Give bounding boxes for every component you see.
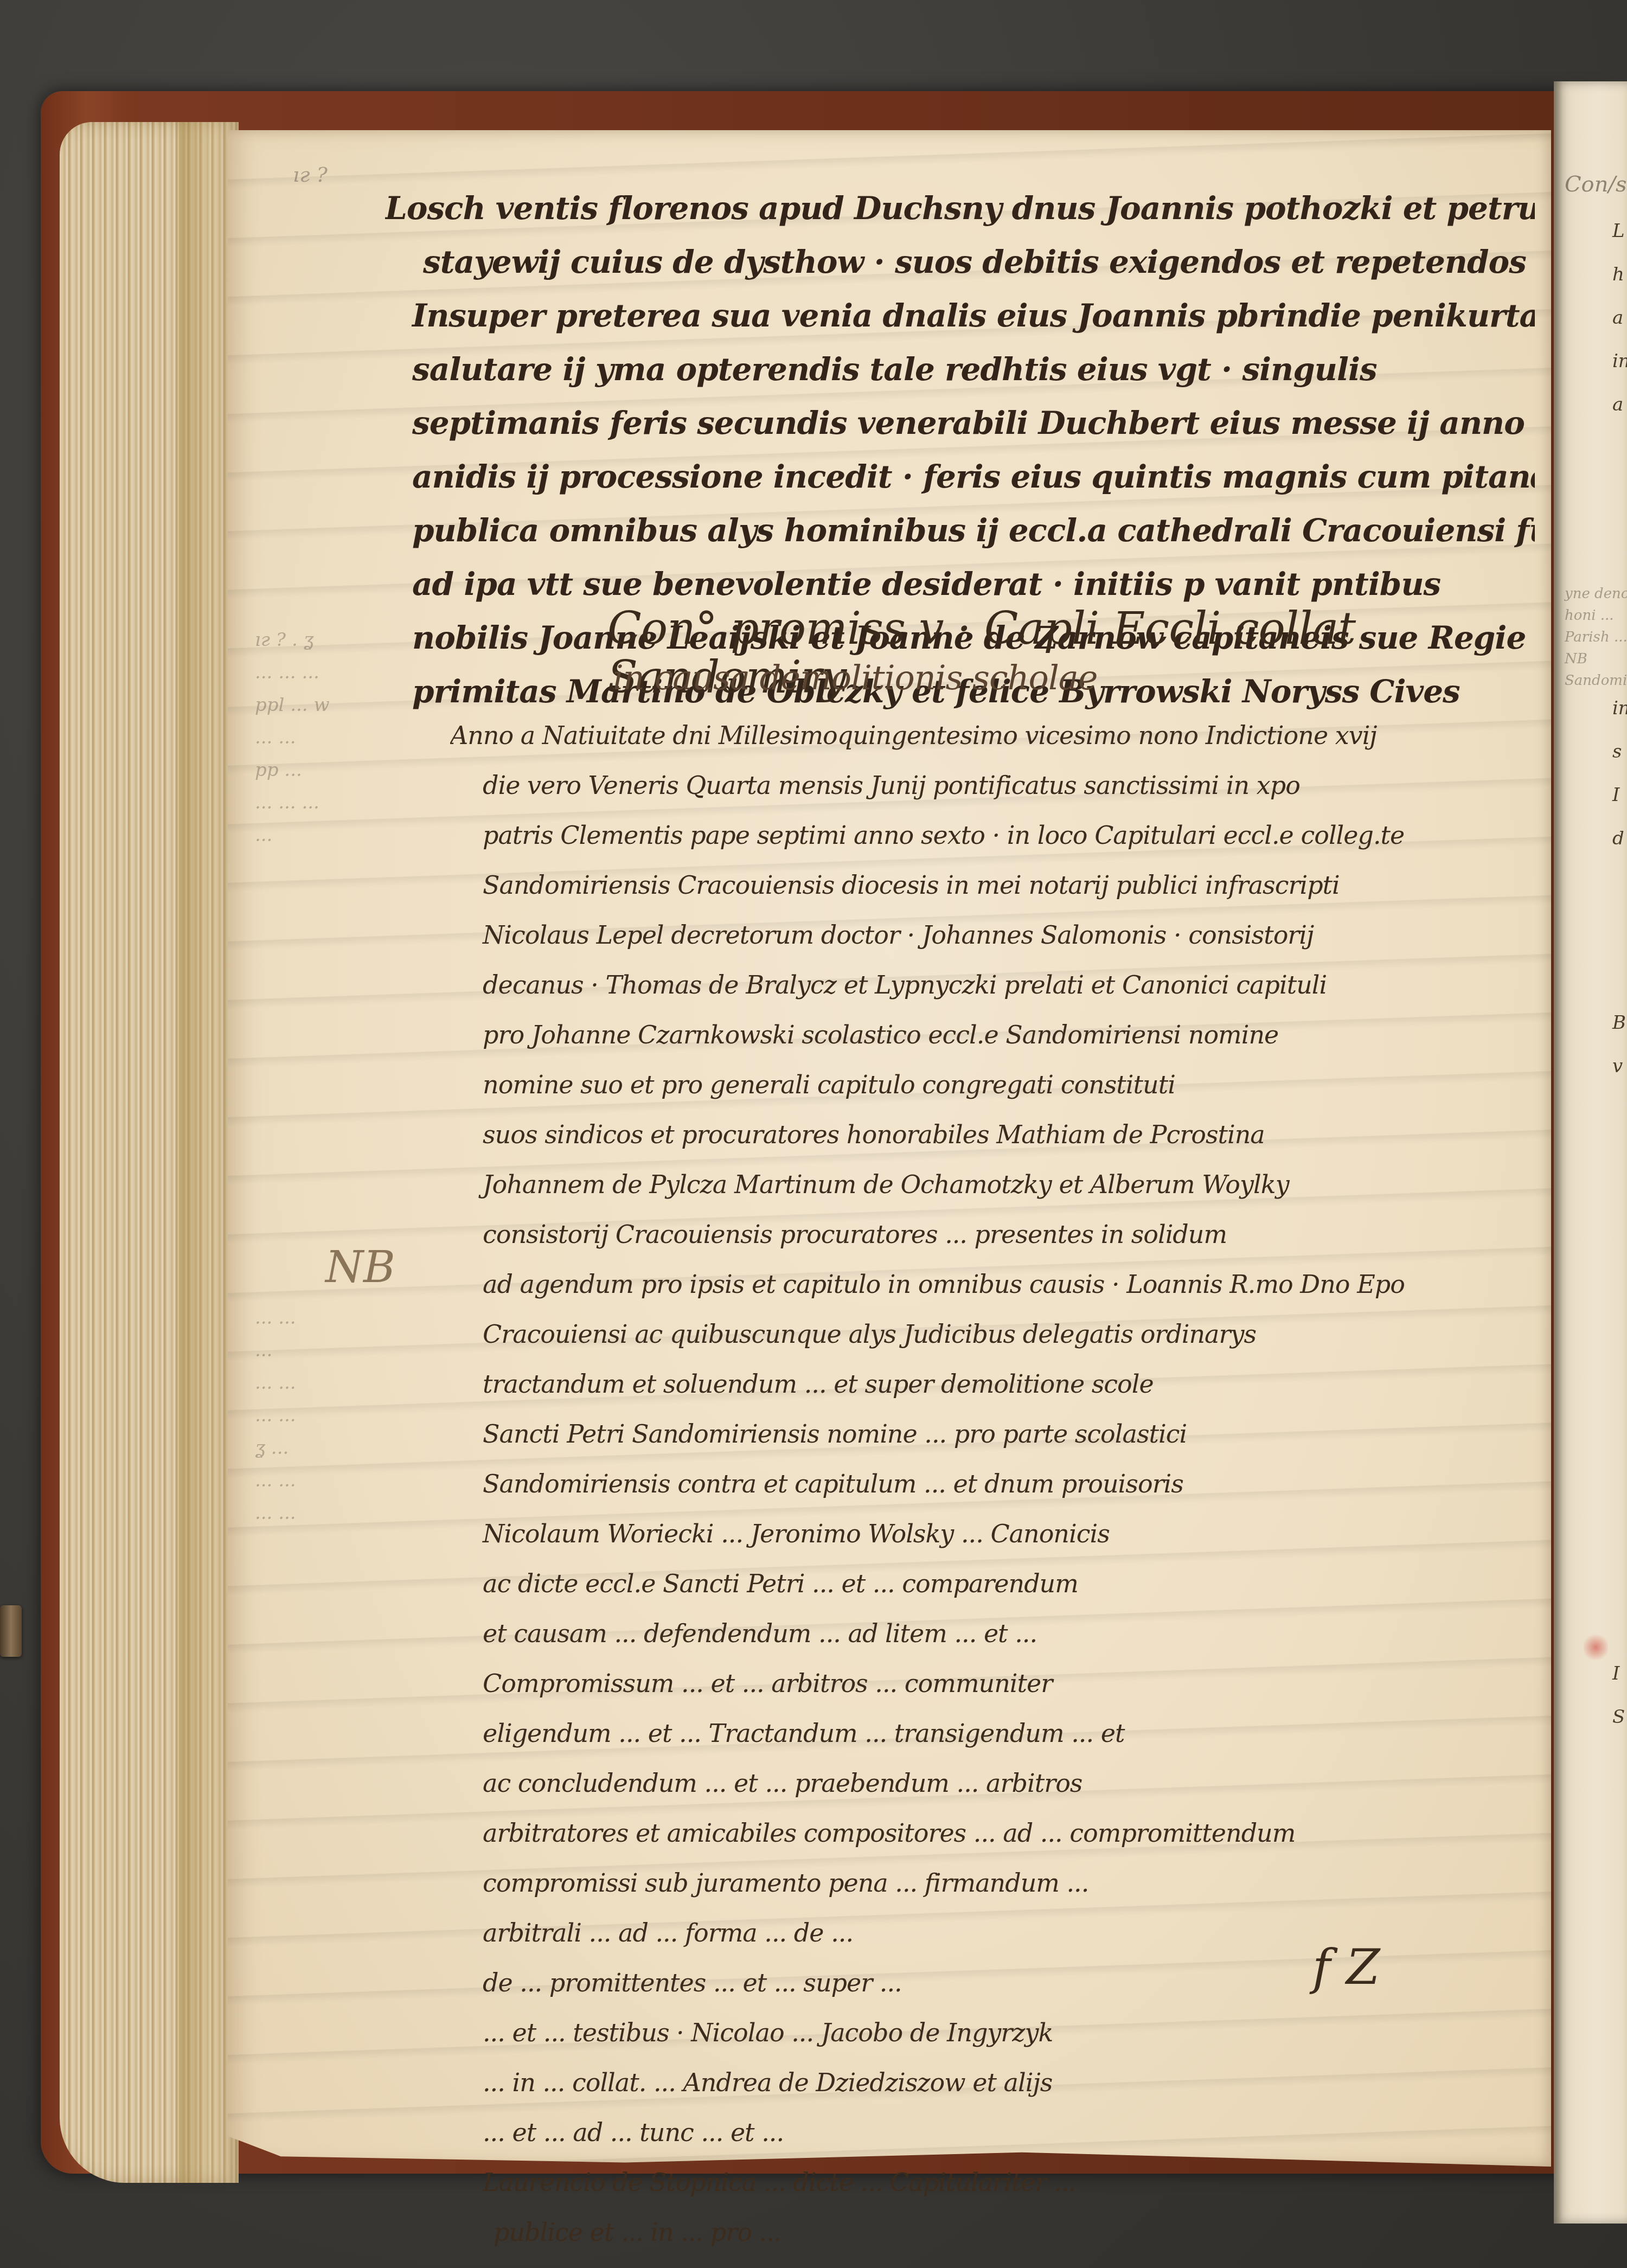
facing-edge-letter: in (1612, 342, 1627, 381)
facing-edge-letter: a (1612, 298, 1627, 337)
text-line: die vero Veneris Quarta mensis Junij pon… (450, 760, 1535, 810)
text-line: ad agendum pro ipsis et capitulo in omni… (450, 1259, 1535, 1309)
page-fore-edge (60, 122, 239, 2183)
text-line: Sancti Petri Sandomiriensis nomine ... p… (450, 1409, 1535, 1459)
red-seal-mark (1584, 1632, 1608, 1662)
facing-edge-letter: I (1612, 776, 1627, 815)
facing-edge-letter: v (1612, 1047, 1627, 1086)
page-corner-mark: ıг ? (293, 163, 328, 187)
text-line: publice et ... in ... pro ... (450, 2207, 1535, 2257)
text-line: Anno a Natiuitate dni Millesimoquingente… (450, 710, 1535, 760)
text-line: suos sindicos et procuratores honorabile… (450, 1110, 1535, 1159)
text-line: Losch ventis florenos apud Duchsny dnus … (385, 182, 1535, 235)
text-line: Nicolaus Lepel decretorum doctor · Johan… (450, 910, 1535, 960)
text-line: eligendum ... et ... Tractandum ... tran… (450, 1708, 1535, 1758)
paragraph-2: Anno a Natiuitate dni Millesimoquingente… (450, 710, 1535, 2257)
text-line: Nicolaum Woriecki ... Jeronimo Wolsky ..… (450, 1509, 1535, 1559)
text-line: ac dicte eccl.e Sancti Petri ... et ... … (450, 1559, 1535, 1609)
facing-edge-letter: I (1612, 1654, 1627, 1693)
clasp-icon (0, 1605, 22, 1657)
facing-top-note: Con/st (1565, 174, 1624, 195)
closing-signum: f Z (1312, 1939, 1380, 1996)
facing-edge-letter: S (1612, 1697, 1627, 1737)
text-line: nomine suo et pro generali capitulo cong… (450, 1060, 1535, 1110)
text-line: ac concludendum ... et ... praebendum ..… (450, 1758, 1535, 1808)
facing-margin-note: NB (1565, 648, 1624, 670)
text-line: stayewij cuius de dysthow · suos debitis… (385, 235, 1535, 289)
text-line: Laurencio de Stopnica ... dicte ... Capi… (450, 2157, 1535, 2207)
text-line: salutare ij yma opterendis tale redhtis … (385, 343, 1535, 396)
text-line: compromissi sub juramento pena ... firma… (450, 1858, 1535, 1908)
text-line: patris Clementis pape septimi anno sexto… (450, 810, 1535, 860)
facing-edge-letter: d (1612, 819, 1627, 858)
facing-margin-note: honi ... (1565, 605, 1624, 626)
text-line: tractandum et soluendum ... et super dem… (450, 1359, 1535, 1409)
facing-edge-letter: B (1612, 1003, 1627, 1042)
facing-margin-note: yne dencolli (1565, 583, 1624, 605)
facing-margin-note: Parish ... (1565, 626, 1624, 648)
text-line: Johannem de Pylcza Martinum de Ochamotzk… (450, 1159, 1535, 1209)
text-line: decanus · Thomas de Bralycz et Lypnyczki… (450, 960, 1535, 1010)
text-line: publica omnibus alys hominibus ij eccl.a… (385, 504, 1535, 558)
text-line: ... et ... testibus · Nicolao ... Jacobo… (450, 2008, 1535, 2058)
text-line: Insuper preterea sua venia dnalis eius J… (385, 289, 1535, 343)
facing-edge-letter: L (1612, 212, 1627, 251)
facing-edge-letter: s (1612, 732, 1627, 771)
nb-margin-note: NB (325, 1242, 395, 1292)
facing-margin-note: Sandomiri (1565, 670, 1624, 691)
text-line: pro Johanne Czarnkowski scolastico eccl.… (450, 1010, 1535, 1060)
facing-page: Con/st yne dencolli honi ... Parish ... … (1554, 81, 1627, 2224)
text-line: et causam ... defendendum ... ad litem .… (450, 1609, 1535, 1658)
facing-edge-letter: a (1612, 385, 1627, 424)
facing-edge-letter: in (1612, 689, 1627, 728)
text-line: Cracouiensi ac quibuscunque alys Judicib… (450, 1309, 1535, 1359)
facing-edge-letter: h (1612, 255, 1627, 294)
text-line: anidis ij processione incedit · feris ei… (385, 450, 1535, 504)
section-subheading: in causa demolitionis scholae (613, 659, 1426, 697)
text-line: consistorij Cracouiensis procuratores ..… (450, 1209, 1535, 1259)
text-line: arbitratores et amicabiles compositores … (450, 1808, 1535, 1858)
text-line: ... in ... collat. ... Andrea de Dziedzi… (450, 2058, 1535, 2107)
text-line: Compromissum ... et ... arbitros ... com… (450, 1658, 1535, 1708)
text-line: Sandomiriensis Cracouiensis diocesis in … (450, 860, 1535, 910)
margin-faint-notes: ... ... ... ... ... ... ... ʓ ... ... ..… (255, 1302, 418, 1529)
text-line: ... et ... ad ... tunc ... et ... (450, 2107, 1535, 2157)
text-line: septimanis feris secundis venerabili Duc… (385, 396, 1535, 450)
text-line: Sandomiriensis contra et capitulum ... e… (450, 1459, 1535, 1509)
